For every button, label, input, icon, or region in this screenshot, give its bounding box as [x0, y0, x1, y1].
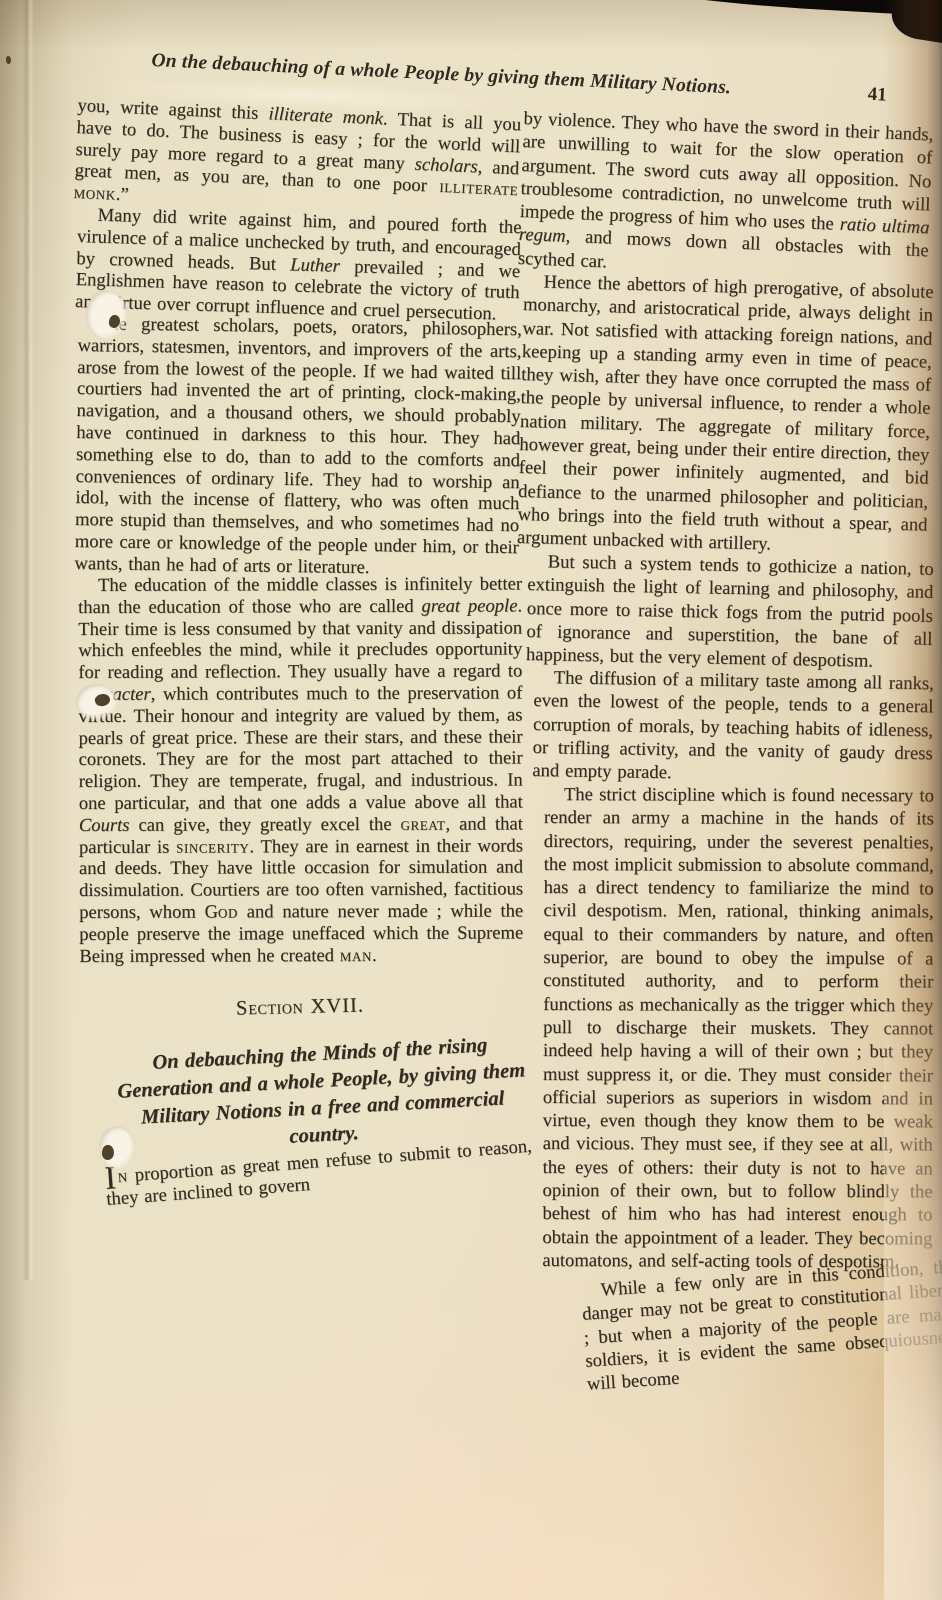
text-segment: can give, they greatly excel the — [129, 813, 400, 835]
section-heading: Section XVII. — [78, 991, 522, 1024]
text-segment: On debauching the Minds of the rising Ge… — [117, 1034, 526, 1147]
body-paragraph: The education of the middle classes is i… — [78, 573, 523, 967]
running-title: On the debauching of a whole People by g… — [151, 50, 732, 99]
bottom-page-light — [0, 1370, 942, 1600]
body-paragraph: While a few only are in this condition, … — [580, 1255, 942, 1396]
right-text-column: by violence. They who have the sword in … — [524, 107, 934, 1396]
text-segment: Luther — [290, 254, 340, 276]
text-segment: great — [401, 813, 446, 834]
text-segment: Hence the abettors of high prerogative, … — [517, 272, 934, 555]
body-paragraph: you, write against this illiterate monk.… — [73, 95, 521, 223]
body-paragraph: The diffusion of a military taste among … — [532, 666, 934, 789]
body-paragraph: Many did write against him, and poured f… — [75, 204, 522, 326]
text-segment: XVII. — [303, 994, 364, 1017]
body-paragraph: The strict discipline which is found nec… — [542, 783, 934, 1274]
text-segment: . — [372, 944, 377, 965]
text-segment: Courts — [79, 814, 130, 835]
text-segment: ection — [248, 996, 303, 1019]
dust-speck — [6, 56, 11, 64]
text-segment: sincerity — [176, 835, 249, 856]
text-segment: great people — [421, 595, 517, 616]
top-page-shadow — [0, 0, 942, 56]
text-segment: While a few only are in this condition, … — [582, 1256, 942, 1395]
gutter-shadow — [0, 0, 74, 1600]
body-paragraph: by violence. They who have the sword in … — [517, 107, 933, 286]
paper-crease — [22, 0, 34, 1280]
text-segment: S — [236, 997, 249, 1019]
wormhole-blemish — [86, 290, 128, 340]
left-text-column: you, write against this illiterate monk.… — [78, 95, 522, 1210]
book-page-photo: { "header": { "running_title": "On the d… — [0, 0, 942, 1600]
text-segment: But such a system tends to gothicize a n… — [526, 551, 934, 671]
text-segment: od — [218, 901, 238, 922]
text-segment: .” — [115, 184, 129, 206]
body-paragraph: Hence the abettors of high prerogative, … — [517, 270, 934, 560]
photo-black-corner — [888, 0, 942, 45]
photo-black-band — [599, 0, 942, 18]
body-paragraph: But such a system tends to gothicize a n… — [526, 550, 934, 674]
body-paragraph: The greatest scholars, poets, orators, p… — [74, 313, 522, 581]
text-segment: scholars — [414, 153, 478, 177]
text-segment: The strict discipline which is found nec… — [542, 784, 934, 1272]
page-number: 41 — [867, 84, 887, 107]
text-segment: The diffusion of a military taste among … — [532, 667, 934, 783]
text-segment: man — [340, 944, 372, 965]
text-segment: The greatest scholars, poets, orators, p… — [74, 313, 522, 578]
